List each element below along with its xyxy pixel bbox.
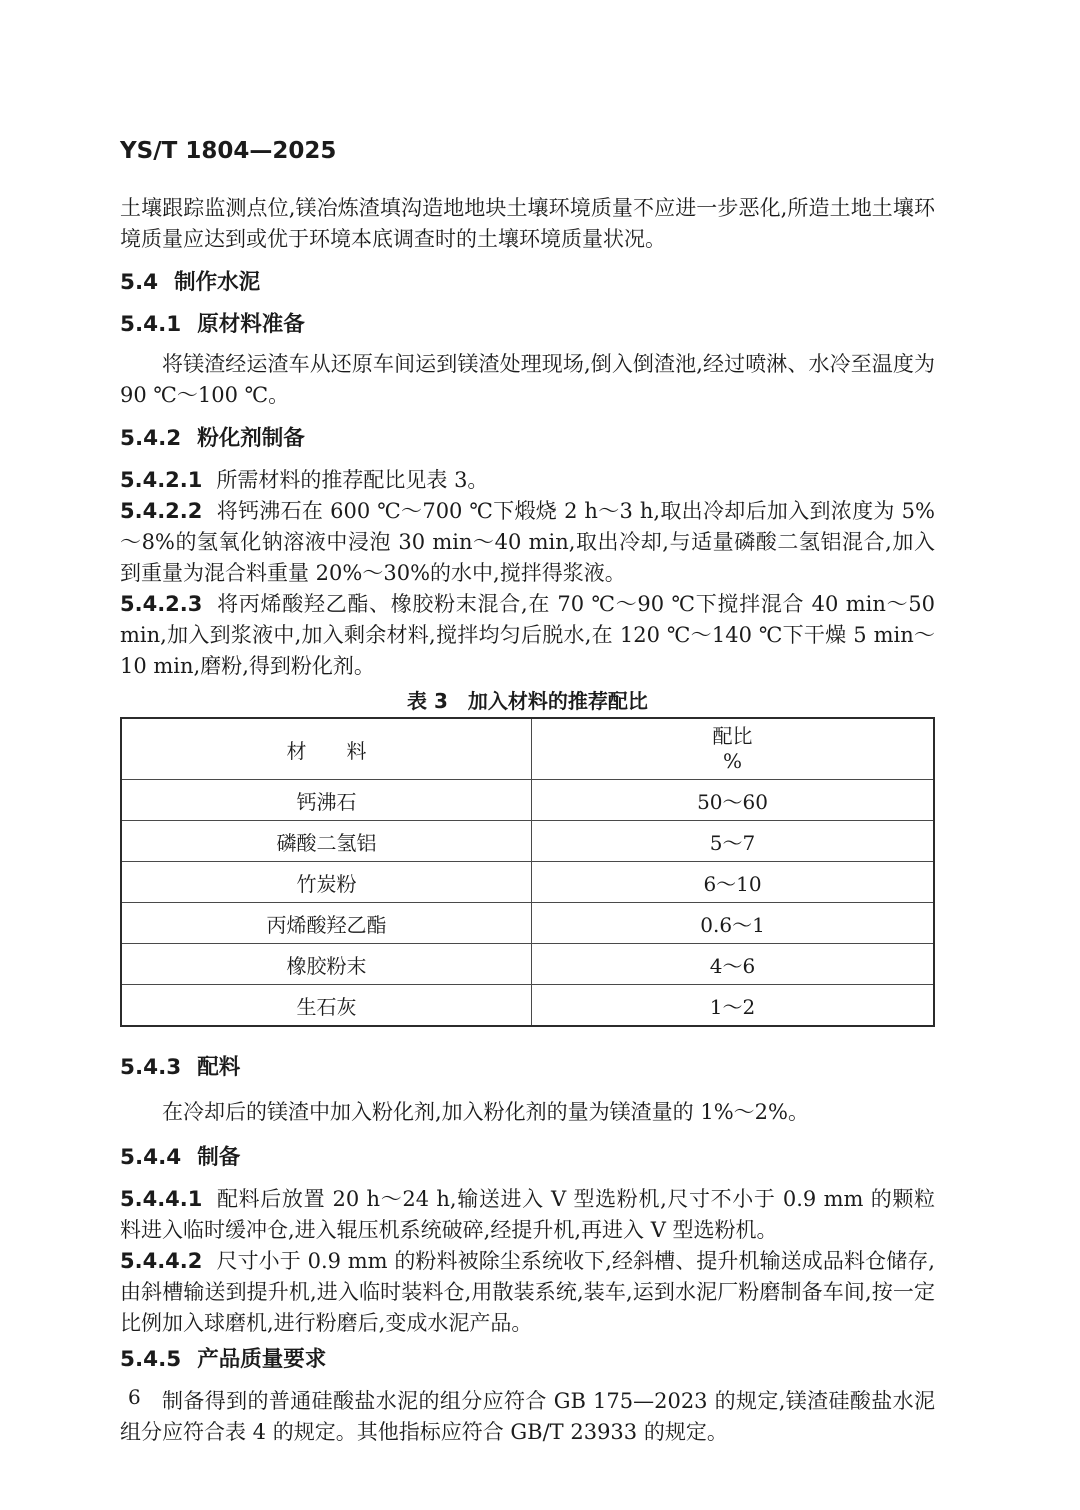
section-number: 5.4.5 — [120, 1347, 181, 1372]
clause-number: 5.4.4.2 — [120, 1249, 202, 1273]
material-cell: 生石灰 — [121, 985, 532, 1027]
clause-5-4-4-2: 5.4.4.2尺寸小于 0.9 mm 的粉料被除尘系统收下,经斜槽、提升机输送成… — [120, 1246, 935, 1339]
clause-5-4-2-1: 5.4.2.1所需材料的推荐配比见表 3。 — [120, 465, 935, 496]
table-row: 丙烯酸羟乙酯 0.6～1 — [121, 903, 934, 944]
material-cell: 丙烯酸羟乙酯 — [121, 903, 532, 944]
table-row: 橡胶粉末 4～6 — [121, 944, 934, 985]
table3-caption: 表 3 加入材料的推荐配比 — [120, 688, 935, 714]
intro-paragraph: 土壤跟踪监测点位,镁冶炼渣填沟造地地块土壤环境质量不应进一步恶化,所造土地土壤环… — [120, 193, 935, 255]
clause-text: 所需材料的推荐配比见表 3。 — [216, 468, 488, 492]
table-row: 生石灰 1～2 — [121, 985, 934, 1027]
clause-5-4-2-2: 5.4.2.2将钙沸石在 600 ℃～700 ℃下煅烧 2 h～3 h,取出冷却… — [120, 496, 935, 589]
section-number: 5.4.2 — [120, 426, 181, 451]
material-column-header: 材 料 — [121, 718, 532, 780]
material-cell: 磷酸二氢铝 — [121, 821, 532, 862]
section-number: 5.4.4 — [120, 1145, 181, 1170]
ratio-label: 配比 — [532, 724, 933, 749]
section-title: 产品质量要求 — [197, 1347, 326, 1372]
clause-number: 5.4.4.1 — [120, 1187, 202, 1211]
section-5-4-heading: 5.4制作水泥 — [120, 270, 935, 296]
section-number: 5.4 — [120, 270, 158, 295]
material-cell: 竹炭粉 — [121, 862, 532, 903]
section-5-4-5-heading: 5.4.5产品质量要求 — [120, 1347, 935, 1373]
clause-5-4-2-3: 5.4.2.3将丙烯酸羟乙酯、橡胶粉末混合,在 70 ℃～90 ℃下搅拌混合 4… — [120, 589, 935, 682]
section-5-4-5-paragraph: 制备得到的普通硅酸盐水泥的组分应符合 GB 175—2023 的规定,镁渣硅酸盐… — [120, 1386, 935, 1448]
table3-header-row: 材 料 配比 % — [121, 718, 934, 780]
section-5-4-4-heading: 5.4.4制备 — [120, 1145, 935, 1171]
ratio-cell: 0.6～1 — [532, 903, 934, 944]
clause-text: 将丙烯酸羟乙酯、橡胶粉末混合,在 70 ℃～90 ℃下搅拌混合 40 min～5… — [120, 592, 935, 678]
clause-number: 5.4.2.3 — [120, 592, 202, 616]
clause-number: 5.4.2.1 — [120, 468, 202, 492]
clause-text: 配料后放置 20 h～24 h,输送进入 V 型选粉机,尺寸不小于 0.9 mm… — [120, 1187, 935, 1242]
material-cell: 钙沸石 — [121, 780, 532, 821]
ratio-unit: % — [532, 749, 933, 774]
table-row: 磷酸二氢铝 5～7 — [121, 821, 934, 862]
clause-number: 5.4.2.2 — [120, 499, 202, 523]
section-5-4-3-heading: 5.4.3配料 — [120, 1055, 935, 1081]
document-page: YS/T 1804—2025 土壤跟踪监测点位,镁冶炼渣填沟造地地块土壤环境质量… — [0, 0, 1080, 1510]
ratio-cell: 5～7 — [532, 821, 934, 862]
clause-text: 将钙沸石在 600 ℃～700 ℃下煅烧 2 h～3 h,取出冷却后加入到浓度为… — [120, 499, 935, 585]
ratio-cell: 6～10 — [532, 862, 934, 903]
section-title: 粉化剂制备 — [197, 426, 305, 451]
section-5-4-1-paragraph: 将镁渣经运渣车从还原车间运到镁渣处理现场,倒入倒渣池,经过喷淋、水冷至温度为 9… — [120, 349, 935, 411]
page-content: YS/T 1804—2025 土壤跟踪监测点位,镁冶炼渣填沟造地地块土壤环境质量… — [120, 138, 935, 1448]
section-5-4-1-heading: 5.4.1原材料准备 — [120, 312, 935, 338]
ratio-cell: 4～6 — [532, 944, 934, 985]
material-cell: 橡胶粉末 — [121, 944, 532, 985]
clause-5-4-4-1: 5.4.4.1配料后放置 20 h～24 h,输送进入 V 型选粉机,尺寸不小于… — [120, 1184, 935, 1246]
table3: 材 料 配比 % 钙沸石 50～60 磷酸二氢铝 5～7 竹炭粉 — [120, 717, 935, 1027]
page-number: 6 — [128, 1385, 141, 1409]
doc-code-header: YS/T 1804—2025 — [120, 138, 935, 164]
ratio-column-header: 配比 % — [532, 718, 934, 780]
section-number: 5.4.3 — [120, 1055, 181, 1080]
table-row: 钙沸石 50～60 — [121, 780, 934, 821]
ratio-cell: 50～60 — [532, 780, 934, 821]
section-title: 制备 — [197, 1145, 240, 1170]
ratio-cell: 1～2 — [532, 985, 934, 1027]
section-title: 配料 — [197, 1055, 240, 1080]
section-5-4-2-heading: 5.4.2粉化剂制备 — [120, 426, 935, 452]
table-row: 竹炭粉 6～10 — [121, 862, 934, 903]
section-number: 5.4.1 — [120, 312, 181, 337]
section-title: 原材料准备 — [197, 312, 305, 337]
clause-text: 尺寸小于 0.9 mm 的粉料被除尘系统收下,经斜槽、提升机输送成品料仓储存,由… — [120, 1249, 935, 1335]
section-title: 制作水泥 — [174, 270, 260, 295]
section-5-4-3-paragraph: 在冷却后的镁渣中加入粉化剂,加入粉化剂的量为镁渣量的 1%～2%。 — [120, 1097, 935, 1128]
